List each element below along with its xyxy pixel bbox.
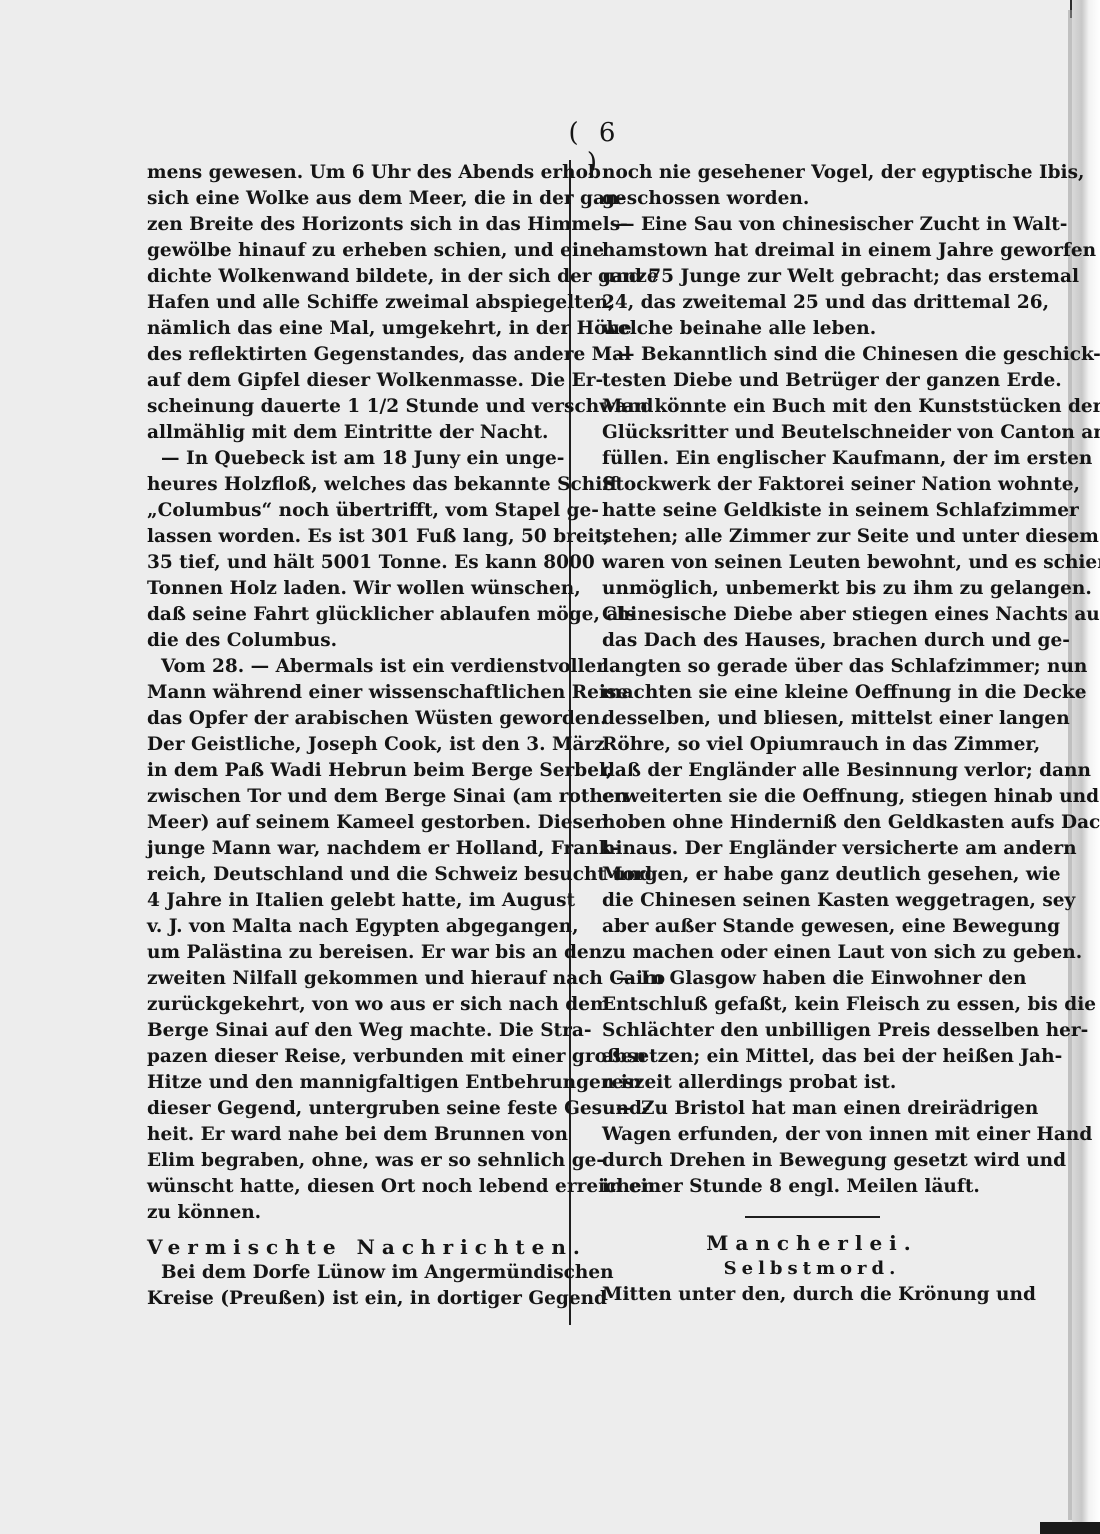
text-line: Mann während einer wissenschaftlichen Re… bbox=[147, 680, 555, 706]
text-line: nämlich das eine Mal, umgekehrt, in der … bbox=[147, 316, 555, 342]
text-line: Stockwerk der Faktorei seiner Nation woh… bbox=[602, 472, 1022, 498]
text-line: durch Drehen in Bewegung gesetzt wird un… bbox=[602, 1148, 1022, 1174]
text-line: waren von seinen Leuten bewohnt, und es … bbox=[602, 550, 1022, 576]
text-line: dichte Wolkenwand bildete, in der sich d… bbox=[147, 264, 555, 290]
text-line: Hafen und alle Schiffe zweimal abspiegel… bbox=[147, 290, 555, 316]
text-line: junge Mann war, nachdem er Holland, Fran… bbox=[147, 836, 555, 862]
text-line: Röhre, so viel Opiumrauch in das Zimmer, bbox=[602, 732, 1022, 758]
text-line: Glücksritter und Beutelschneider von Can… bbox=[602, 420, 1022, 446]
text-line: auf dem Gipfel dieser Wolkenmasse. Die E… bbox=[147, 368, 555, 394]
text-line: reszeit allerdings probat ist. bbox=[602, 1070, 1022, 1096]
text-line: unmöglich, unbemerkt bis zu ihm zu gelan… bbox=[602, 576, 1022, 602]
text-line: Schlächter den unbilligen Preis desselbe… bbox=[602, 1018, 1022, 1044]
text-line: Elim begraben, ohne, was er so sehnlich … bbox=[147, 1148, 555, 1174]
text-line: des reflektirten Gegenstandes, das ander… bbox=[147, 342, 555, 368]
text-line: — Bekanntlich sind die Chinesen die gesc… bbox=[602, 342, 1022, 368]
text-line: zu machen oder einen Laut von sich zu ge… bbox=[602, 940, 1022, 966]
text-line: v. J. von Malta nach Egypten abgegangen, bbox=[147, 914, 555, 940]
text-line: 35 tief, und hält 5001 Tonne. Es kann 80… bbox=[147, 550, 555, 576]
text-line: Kreise (Preußen) ist ein, in dortiger Ge… bbox=[147, 1286, 555, 1312]
text-line: Vom 28. — Abermals ist ein verdienstvoll… bbox=[147, 654, 555, 680]
text-line: machten sie eine kleine Oeffnung in die … bbox=[602, 680, 1022, 706]
scanned-page: ( 6 ) mens gewesen. Um 6 Uhr des Abends … bbox=[0, 0, 1100, 1534]
text-line: heit. Er ward nahe bei dem Brunnen von bbox=[147, 1122, 555, 1148]
text-line: zen Breite des Horizonts sich in das Him… bbox=[147, 212, 555, 238]
text-line: allmählig mit dem Eintritte der Nacht. bbox=[147, 420, 555, 446]
text-line: pazen dieser Reise, verbunden mit einer … bbox=[147, 1044, 555, 1070]
text-line: zurückgekehrt, von wo aus er sich nach d… bbox=[147, 992, 555, 1018]
text-line: hatte seine Geldkiste in seinem Schlafzi… bbox=[602, 498, 1022, 524]
text-line: Mitten unter den, durch die Krönung und bbox=[602, 1282, 1022, 1308]
scan-edge-bottom bbox=[1040, 1522, 1100, 1534]
section-heading: Vermischte Nachrichten. bbox=[147, 1234, 555, 1260]
text-line: Morgen, er habe ganz deutlich gesehen, w… bbox=[602, 862, 1022, 888]
text-line: Hitze und den mannigfaltigen Entbehrunge… bbox=[147, 1070, 555, 1096]
text-line: mens gewesen. Um 6 Uhr des Abends erhob bbox=[147, 160, 555, 186]
text-line: die des Columbus. bbox=[147, 628, 555, 654]
text-line: daß seine Fahrt glücklicher ablaufen mög… bbox=[147, 602, 555, 628]
text-line: wünscht hatte, diesen Ort noch lebend er… bbox=[147, 1174, 555, 1200]
text-line: langten so gerade über das Schlafzimmer;… bbox=[602, 654, 1022, 680]
text-line: scheinung dauerte 1 1/2 Stunde und versc… bbox=[147, 394, 555, 420]
text-line: sich eine Wolke aus dem Meer, die in der… bbox=[147, 186, 555, 212]
text-line: um Palästina zu bereisen. Er war bis an … bbox=[147, 940, 555, 966]
text-line: das Dach des Hauses, brachen durch und g… bbox=[602, 628, 1022, 654]
text-line: — Eine Sau von chinesischer Zucht in Wal… bbox=[602, 212, 1022, 238]
text-line: Entschluß gefaßt, kein Fleisch zu essen,… bbox=[602, 992, 1022, 1018]
text-line: desselben, und bliesen, mittelst einer l… bbox=[602, 706, 1022, 732]
text-line: welche beinahe alle leben. bbox=[602, 316, 1022, 342]
section-subheading: Selbstmord. bbox=[602, 1256, 1022, 1282]
text-line: Chinesische Diebe aber stiegen eines Nac… bbox=[602, 602, 1022, 628]
text-line: zwischen Tor und dem Berge Sinai (am rot… bbox=[147, 784, 555, 810]
text-line: heures Holzfloß, welches das bekannte Sc… bbox=[147, 472, 555, 498]
text-line: hoben ohne Hinderniß den Geldkasten aufs… bbox=[602, 810, 1022, 836]
left-column: mens gewesen. Um 6 Uhr des Abends erhob … bbox=[147, 160, 555, 1312]
text-line: die Chinesen seinen Kasten weggetragen, … bbox=[602, 888, 1022, 914]
text-line: zweiten Nilfall gekommen und hierauf nac… bbox=[147, 966, 555, 992]
text-line: und 75 Junge zur Welt gebracht; das erst… bbox=[602, 264, 1022, 290]
text-line: „Columbus“ noch übertrifft, vom Stapel g… bbox=[147, 498, 555, 524]
text-line: hinaus. Der Engländer versicherte am and… bbox=[602, 836, 1022, 862]
right-column: noch nie gesehener Vogel, der egyptische… bbox=[602, 160, 1022, 1308]
text-line: Berge Sinai auf den Weg machte. Die Stra… bbox=[147, 1018, 555, 1044]
text-line: — Zu Bristol hat man einen dreirädrigen bbox=[602, 1096, 1022, 1122]
section-heading: Mancherlei. bbox=[602, 1230, 1022, 1256]
text-line: — In Glasgow haben die Einwohner den bbox=[602, 966, 1022, 992]
text-line: testen Diebe und Betrüger der ganzen Erd… bbox=[602, 368, 1022, 394]
text-line: — In Quebeck ist am 18 Juny ein unge- bbox=[147, 446, 555, 472]
text-line: 4 Jahre in Italien gelebt hatte, im Augu… bbox=[147, 888, 555, 914]
text-line: gewölbe hinauf zu erheben schien, und ei… bbox=[147, 238, 555, 264]
text-line: zu können. bbox=[147, 1200, 555, 1226]
text-line: hamstown hat dreimal in einem Jahre gewo… bbox=[602, 238, 1022, 264]
text-line: in einer Stunde 8 engl. Meilen läuft. bbox=[602, 1174, 1022, 1200]
text-line: das Opfer der arabischen Wüsten geworden… bbox=[147, 706, 555, 732]
text-line: dieser Gegend, untergruben seine feste G… bbox=[147, 1096, 555, 1122]
text-line: Wagen erfunden, der von innen mit einer … bbox=[602, 1122, 1022, 1148]
text-line: lassen worden. Es ist 301 Fuß lang, 50 b… bbox=[147, 524, 555, 550]
text-line: in dem Paß Wadi Hebrun beim Berge Serbel… bbox=[147, 758, 555, 784]
text-line: daß der Engländer alle Besinnung verlor;… bbox=[602, 758, 1022, 784]
text-line: Bei dem Dorfe Lünow im Angermündischen bbox=[147, 1260, 555, 1286]
text-line: Meer) auf seinem Kameel gestorben. Diese… bbox=[147, 810, 555, 836]
text-line: noch nie gesehener Vogel, der egyptische… bbox=[602, 160, 1022, 186]
text-line: stehen; alle Zimmer zur Seite und unter … bbox=[602, 524, 1022, 550]
text-line: füllen. Ein englischer Kaufmann, der im … bbox=[602, 446, 1022, 472]
text-line: erweiterten sie die Oeffnung, stiegen hi… bbox=[602, 784, 1022, 810]
text-line: geschossen worden. bbox=[602, 186, 1022, 212]
section-rule bbox=[745, 1216, 880, 1218]
spacer bbox=[147, 1226, 555, 1234]
text-line: aber außer Stande gewesen, eine Bewegung bbox=[602, 914, 1022, 940]
text-line: Der Geistliche, Joseph Cook, ist den 3. … bbox=[147, 732, 555, 758]
text-line: Tonnen Holz laden. Wir wollen wünschen, bbox=[147, 576, 555, 602]
text-line: 24, das zweitemal 25 und das drittemal 2… bbox=[602, 290, 1022, 316]
text-line: Man könnte ein Buch mit den Kunststücken… bbox=[602, 394, 1022, 420]
text-line: reich, Deutschland und die Schweiz besuc… bbox=[147, 862, 555, 888]
text-line: absetzen; ein Mittel, das bei der heißen… bbox=[602, 1044, 1022, 1070]
